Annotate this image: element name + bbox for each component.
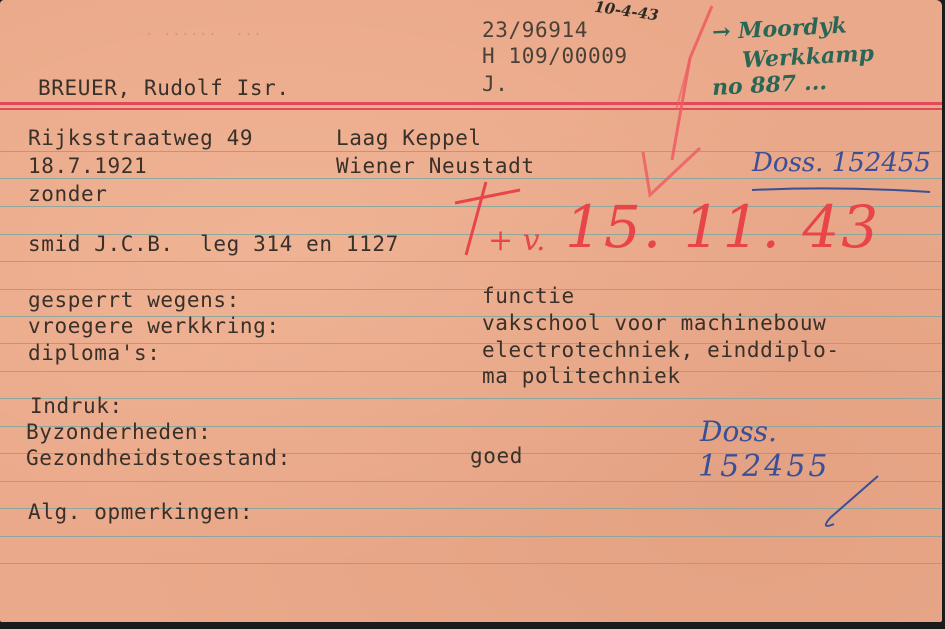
blue-dossier-number: 152455 [698,452,831,482]
registration-card: · ······ ··· BREUER, Rudolf Isr. 23/9691… [0,0,942,622]
blue-dossier-label: Doss. [700,418,777,446]
blue-underline [0,0,942,622]
